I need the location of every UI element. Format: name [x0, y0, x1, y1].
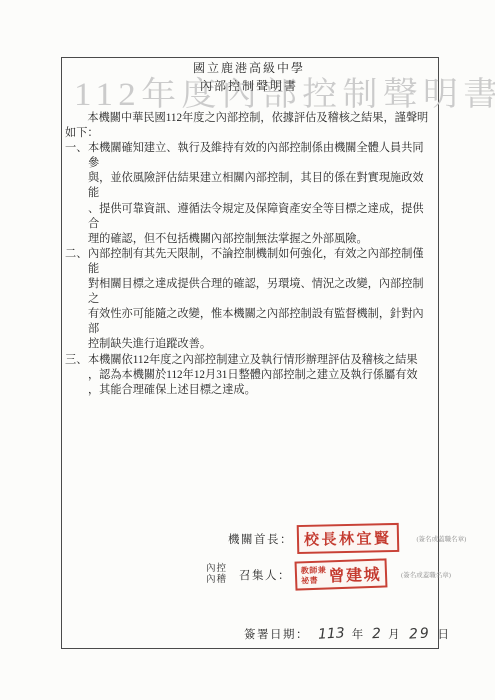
day-unit: 日: [437, 626, 449, 642]
convener-name-stamp: 教師兼 祕書 曾建城: [295, 558, 388, 590]
handwritten-month: 2: [372, 626, 382, 642]
agency-head-label: 機關首長：: [228, 531, 293, 547]
convener-stamp-title: 教師兼 祕書: [301, 566, 327, 586]
convener-label: 召集人：: [239, 567, 291, 583]
convener-prefix-label: 內控 內稽: [206, 564, 227, 586]
document-title: 內部控制聲明書: [61, 79, 437, 94]
convener-stamp-name: 曾建城: [328, 562, 381, 587]
convener-signature-note: (簽名或蓋職名章): [401, 570, 451, 579]
signature-row-agency-head: 機關首長： 校長林宜賢 (簽名或蓋職名章): [228, 524, 466, 553]
list-item-1: 一、 本機關確知建立、執行及維持有效的內部控制係由機關全體人員共同參 與，並依風…: [65, 141, 434, 247]
convener-stamp-title-line2: 祕書: [301, 575, 318, 585]
declaration-body: 本機關中華民國112年度之內部控制，依據評估及稽核之結果，謹聲明 如下： 一、 …: [65, 111, 434, 398]
handwritten-year: 113: [318, 625, 346, 642]
convener-prefix-line1: 內控: [206, 564, 227, 574]
organization-name: 國立鹿港高級中學: [61, 61, 437, 76]
list-item-3-text: 本機關依112年度之內部控制建立及執行情形辦理評估及稽核之結果 ，認為本機關於1…: [88, 353, 434, 398]
intro-paragraph: 本機關中華民國112年度之內部控制，依據評估及稽核之結果，謹聲明 如下：: [65, 111, 434, 141]
list-item-3-number: 三、: [65, 353, 88, 368]
list-item-2-text: 內部控制有其先天限制，不論控制機制如何強化，有效之內部控制僅能 對相關目標之達成…: [88, 247, 434, 353]
list-item-2-number: 二、: [65, 247, 88, 262]
month-unit: 月: [388, 626, 400, 642]
date-label: 簽署日期：: [244, 626, 309, 642]
list-item-2: 二、 內部控制有其先天限制，不論控制機制如何強化，有效之內部控制僅能 對相關目標…: [65, 247, 434, 353]
agency-head-name-stamp: 校長林宜賢: [297, 523, 399, 554]
year-unit: 年: [352, 626, 364, 642]
convener-stamp-title-line1: 教師兼: [301, 566, 327, 576]
list-item-1-text: 本機關確知建立、執行及維持有效的內部控制係由機關全體人員共同參 與，並依風險評估…: [88, 141, 434, 247]
agency-head-signature-note: (簽名或蓋職名章): [417, 534, 467, 543]
scanned-page: 112年度內部控制聲明書 國立鹿港高級中學 內部控制聲明書 本機關中華民國112…: [0, 0, 495, 700]
signing-date-line: 簽署日期： 113 年 2 月 29 日: [244, 626, 449, 642]
convener-prefix-line2: 內稽: [206, 575, 227, 585]
list-item-3: 三、 本機關依112年度之內部控制建立及執行情形辦理評估及稽核之結果 ，認為本機…: [65, 353, 434, 398]
document-header: 國立鹿港高級中學 內部控制聲明書: [61, 61, 437, 94]
signature-row-convener: 內控 內稽 召集人： 教師兼 祕書 曾建城 (簽名或蓋職名章): [206, 560, 451, 589]
handwritten-day: 29: [408, 625, 431, 642]
list-item-1-number: 一、: [65, 141, 88, 156]
